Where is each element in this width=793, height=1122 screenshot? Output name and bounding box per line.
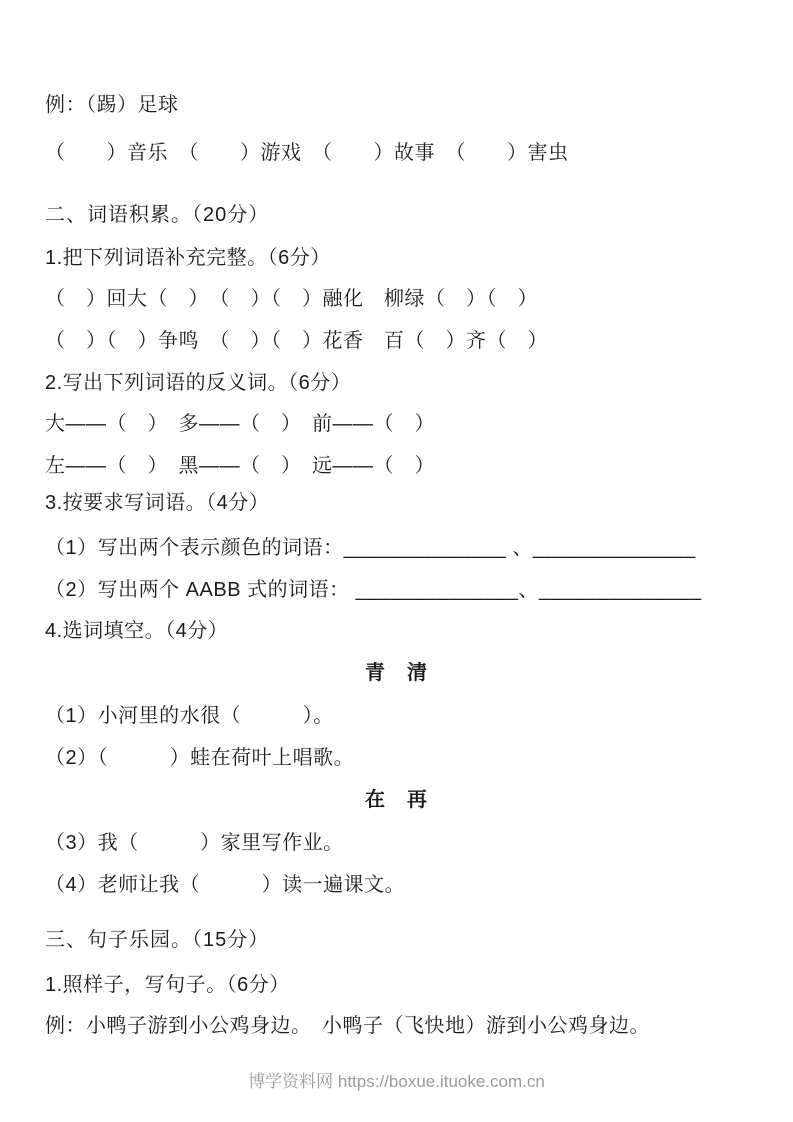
section2-q3-title: 3.按要求写词语。（4分）: [45, 489, 773, 517]
section2-q2-title: 2.写出下列词语的反义词。（6分）: [45, 369, 773, 397]
verb-example-line: 例：（踢）足球: [45, 91, 773, 119]
section2-q1-idioms-row1: （ ）回大（ ） （ ）（ ）融化 柳绿（ ）（ ）: [45, 285, 773, 313]
section2-q4-item3: （3）我（ ）家里写作业。: [45, 829, 773, 857]
section2-q1-idioms-row2: （ ）（ ）争鸣 （ ）（ ）花香 百（ ）齐（ ）: [45, 327, 773, 355]
section2-q4-title: 4.选词填空。（4分）: [45, 617, 773, 645]
section2-q3-item2-aabb-words: （2）写出两个 AABB 式的词语： ______________、______…: [45, 576, 773, 604]
section3-title: 三、句子乐园。（15分）: [45, 926, 773, 954]
footer-watermark: 博学资料网 https://boxue.ituoke.com.cn: [0, 1068, 793, 1096]
verb-fill-exercise-line: （ ）音乐 （ ）游戏 （ ）故事 （ ）害虫: [45, 139, 773, 167]
word-choice-options-zai: 在 再: [0, 786, 793, 814]
word-choice-options-qing: 青 清: [0, 659, 793, 687]
section3-q1-example-sentence: 例：小鸭子游到小公鸡身边。 小鸭子（飞快地）游到小公鸡身边。: [45, 1012, 773, 1040]
worksheet-page: 例：（踢）足球 （ ）音乐 （ ）游戏 （ ）故事 （ ）害虫 二、词语积累。（…: [0, 0, 793, 1122]
section2-q4-item1: （1）小河里的水很（ ）。: [45, 702, 773, 730]
section2-q3-item1-color-words: （1）写出两个表示颜色的词语：______________ 、_________…: [45, 534, 773, 562]
section2-q2-antonyms-row2: 左——（ ） 黑——（ ） 远——（ ）: [45, 452, 773, 480]
section2-q2-antonyms-row1: 大——（ ） 多——（ ） 前——（ ）: [45, 410, 773, 438]
section2-q4-item2: （2）（ ）蛙在荷叶上唱歌。: [45, 744, 773, 772]
section2-q1-title: 1.把下列词语补充完整。（6分）: [45, 244, 773, 272]
section2-q4-item4: （4）老师让我（ ）读一遍课文。: [45, 871, 773, 899]
section3-q1-title: 1.照样子，写句子。（6分）: [45, 971, 773, 999]
section2-title: 二、词语积累。（20分）: [45, 201, 773, 229]
